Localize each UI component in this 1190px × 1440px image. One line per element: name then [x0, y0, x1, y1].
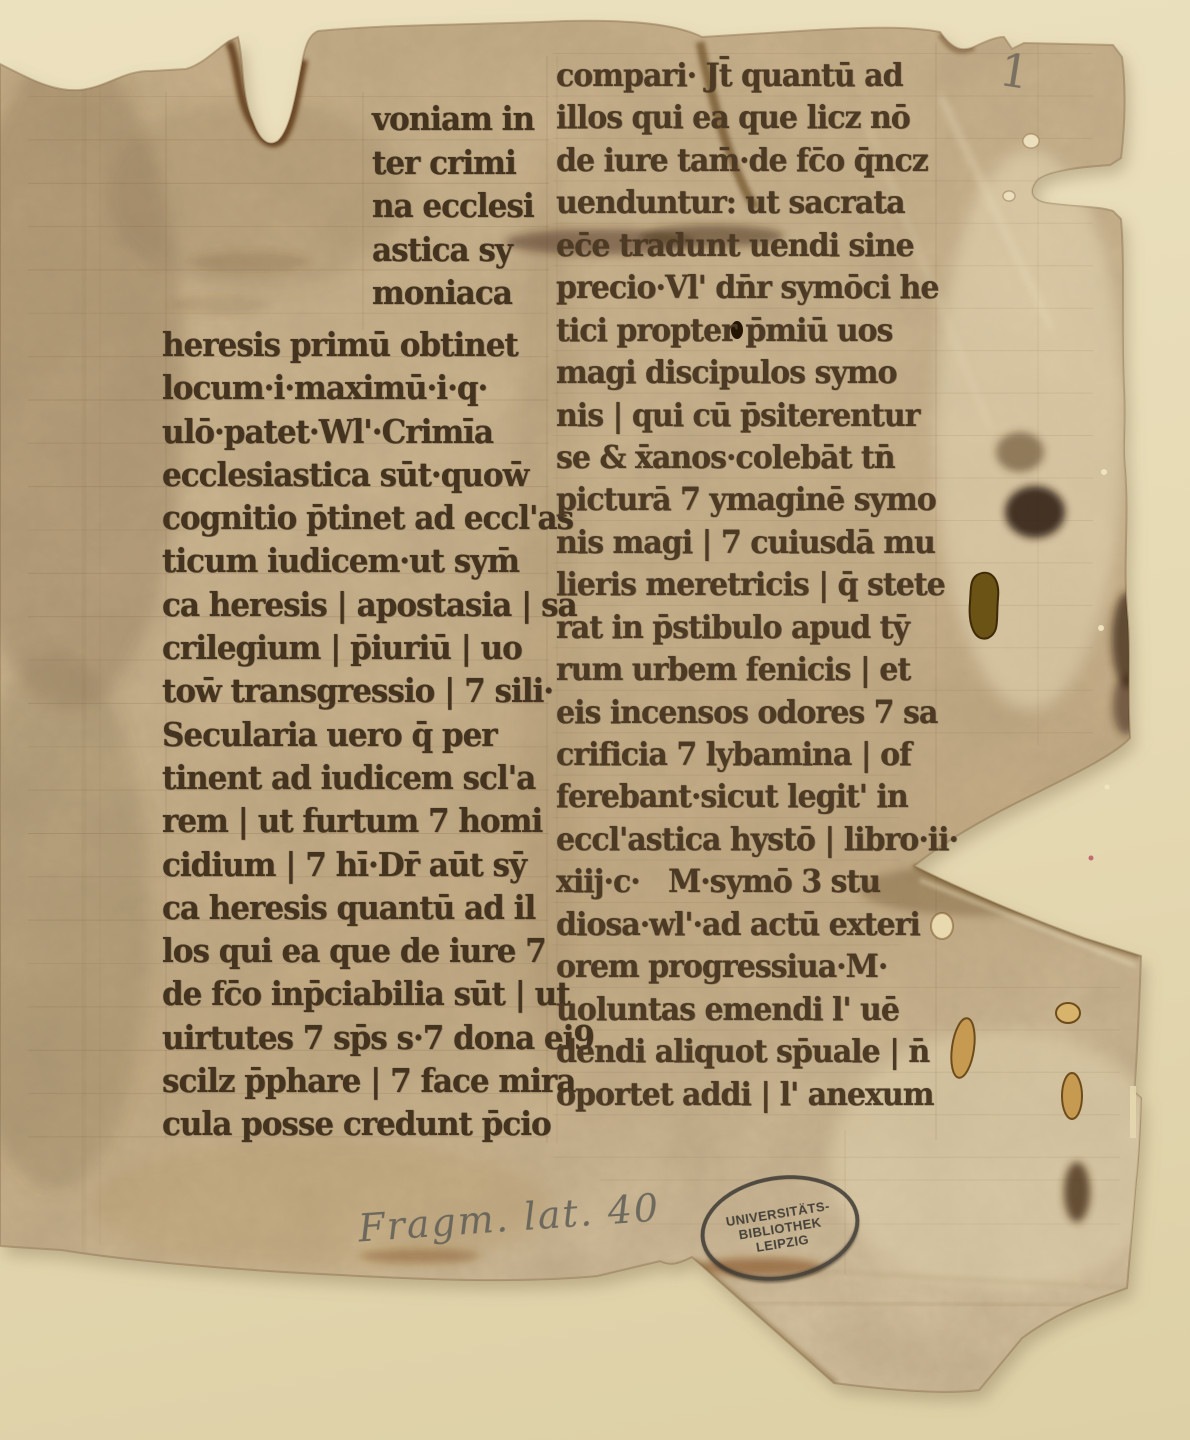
manuscript-text-line: compari· Jt̄ quantū ad [556, 54, 958, 99]
manuscript-text-line: crilegium | p̄iuriū | uo [162, 626, 594, 672]
manuscript-text-line: illos qui ea que licz nō [556, 96, 958, 141]
manuscript-text-line: uenduntur: ut sacrata [556, 181, 958, 226]
manuscript-text-line: Secularia uero q̄ per [162, 713, 594, 759]
manuscript-text-line: crificia 7 lybamina | of [556, 733, 958, 778]
manuscript-text-line: tici propter p̄miū uos [556, 309, 958, 354]
manuscript-text-line: se & x̄anos·colebāt tn̄ [556, 436, 958, 481]
manuscript-text-line: nis | qui cū p̄siterentur [556, 394, 958, 439]
manuscript-text-line: los qui ea que de iure 7 [162, 929, 594, 975]
manuscript-text-line: cula posse credunt p̄cio [162, 1102, 594, 1148]
manuscript-text-line: heresis primū obtinet [162, 323, 594, 369]
manuscript-text-line: rem | ut furtum 7 homi [162, 799, 594, 845]
manuscript-text-line: cognitio p̄tinet ad eccl'as [162, 496, 594, 542]
manuscript-text-line: voniam in [372, 97, 534, 143]
text-column-1: heresis primū obtinetlocum·i·maximū·i·q·… [162, 323, 594, 1146]
manuscript-text-line: orem progressiua·M· [556, 945, 958, 990]
manuscript-text-line: cidium | 7 hī·Dr̄ aūt sȳ [162, 843, 594, 889]
manuscript-text-line: rum urbem fenicis | et [556, 648, 958, 693]
manuscript-text-line: uirtutes 7 sp̄s s·7 dona ei9 [162, 1016, 594, 1062]
manuscript-text-line: eis incensos odores 7 sa [556, 691, 958, 736]
manuscript-text-line: dendi aliquot sp̄uale | n̄ [556, 1030, 958, 1075]
manuscript-text-line: de fc̄o inp̄ciabilia sūt | ut [162, 972, 594, 1018]
manuscript-text-line: rat in p̄stibulo apud tȳ [556, 606, 958, 651]
manuscript-text-line: picturā 7 ymaginē symo [556, 478, 958, 523]
manuscript-text-line: ca heresis | apostasia | sa [162, 583, 594, 629]
manuscript-text-line: lieris meretricis | q̄ stete [556, 563, 958, 608]
text-column-1-opening: voniam inter crimina ecclesiastica symon… [372, 97, 534, 315]
manuscript-text-line: ecclesiastica sūt·quow̄ [162, 453, 594, 499]
manuscript-text-line: magi discipulos symo [556, 351, 958, 396]
manuscript-text-line: moniaca [372, 271, 534, 317]
manuscript-text-line: oportet addi | l' anexum [556, 1073, 958, 1118]
manuscript-text-line: precio·Vl' dn̄r symōci he [556, 266, 958, 311]
manuscript-text-line: diosa·wl'·ad actū exteri [556, 903, 958, 948]
manuscript-text-line: de iure tam̄·de fc̄o q̄ncz [556, 139, 958, 184]
manuscript-text-line: locum·i·maximū·i·q· [162, 366, 594, 412]
manuscript-text-line: nis magi | 7 cuiusdā mu [556, 521, 958, 566]
manuscript-text-line: ca heresis quantū ad il [162, 886, 594, 932]
manuscript-text-line: eccl'astica hystō | libro·ii· [556, 818, 958, 863]
manuscript-text-line: tow̄ transgressio | 7 sili· [162, 669, 594, 715]
manuscript-text-line: astica sy [372, 228, 534, 274]
manuscript-photo: voniam inter crimina ecclesiastica symon… [0, 0, 1190, 1440]
manuscript-text-line: ec̄e tradunt uendi sine [556, 224, 958, 269]
manuscript-text-line: ferebant·sicut legit' in [556, 775, 958, 820]
manuscript-text-line: xiij·c· M·symō 3 stu [556, 860, 958, 905]
manuscript-text-line: ter crimi [372, 141, 534, 187]
manuscript-text-line: scilz p̄phare | 7 face mira [162, 1059, 594, 1105]
manuscript-text-line: tinent ad iudicem scl'a [162, 756, 594, 802]
text-column-2: compari· Jt̄ quantū adillos qui ea que l… [556, 54, 958, 1115]
manuscript-text-line: ulō·patet·Wl'·Crimīa [162, 410, 594, 456]
manuscript-text-line: na ecclesi [372, 184, 534, 230]
manuscript-text-line: uoluntas emendi l' uē [556, 988, 958, 1033]
manuscript-text-line: ticum iudicem·ut sym̄ [162, 539, 594, 585]
